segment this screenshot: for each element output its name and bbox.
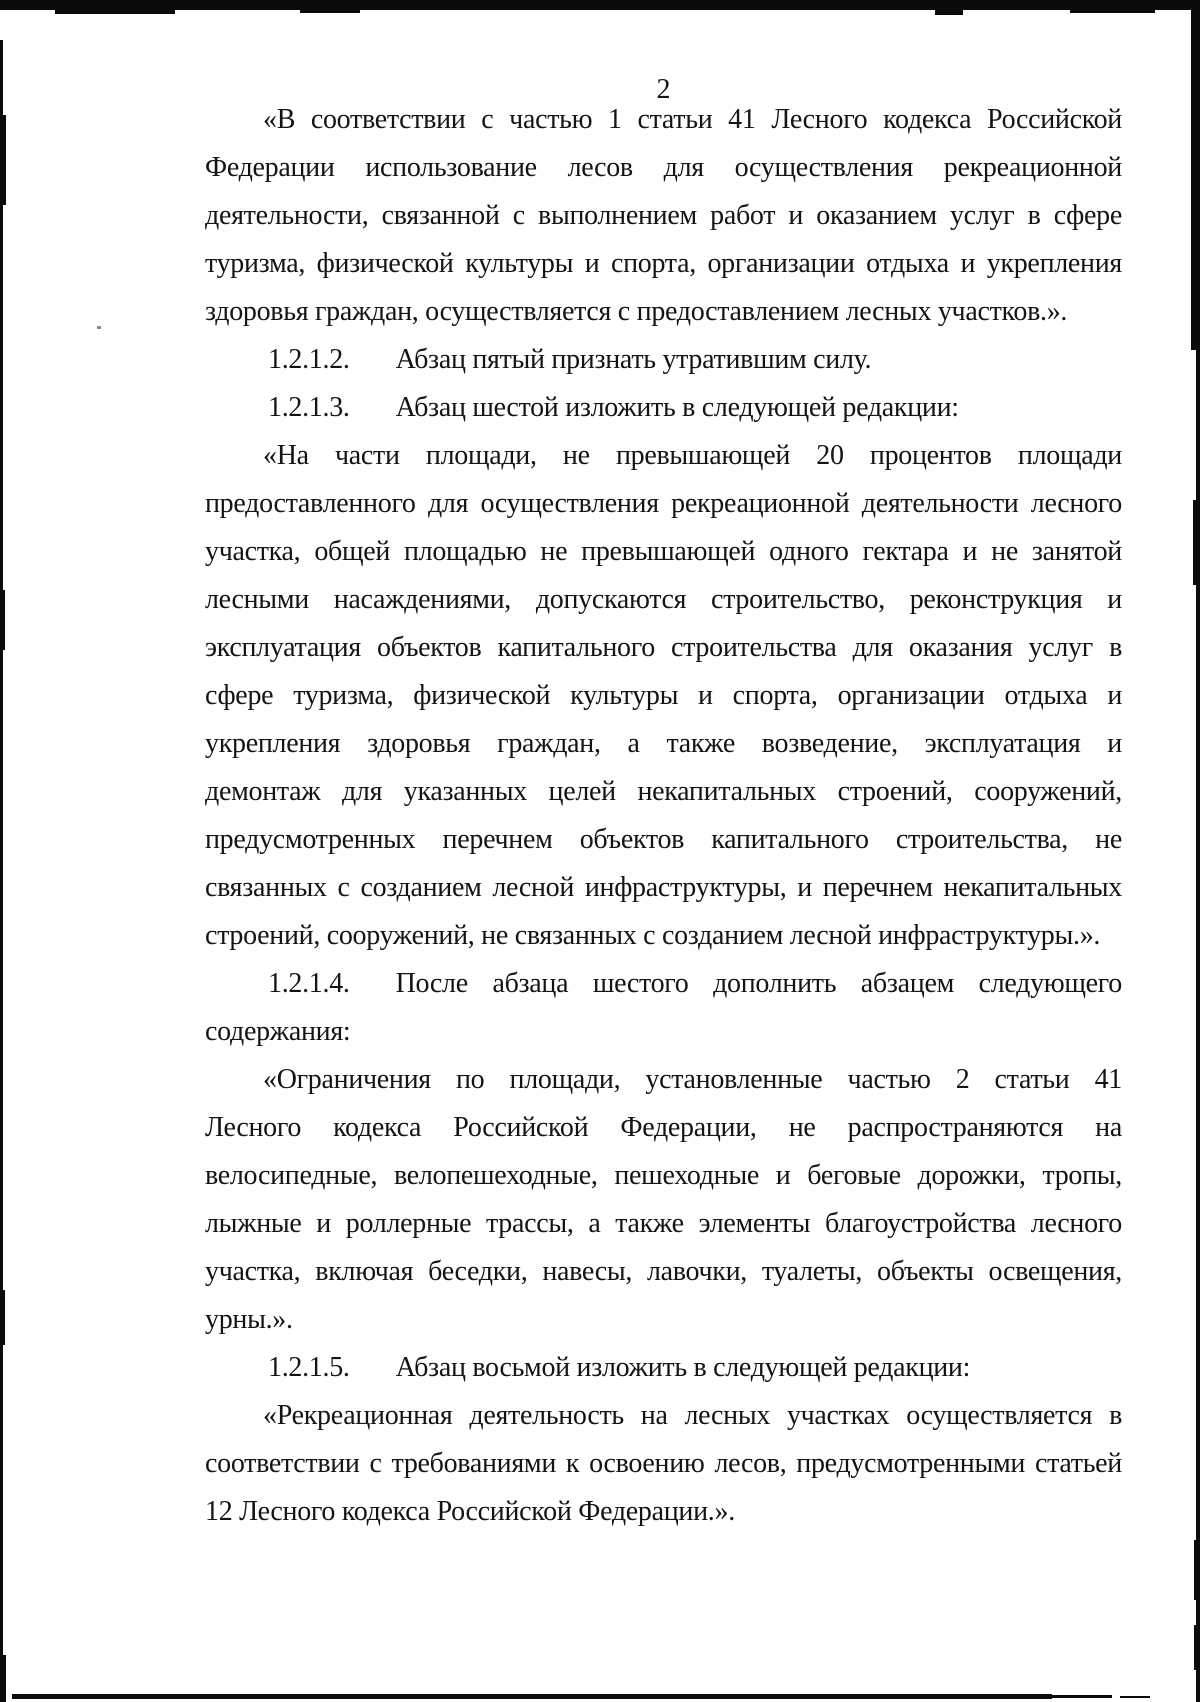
paragraph-number: 1.2.1.5. [268, 1352, 350, 1383]
text-line: сфере туризма, физической культуры и спо… [205, 672, 1122, 720]
scan-edge-top-notch [1070, 10, 1155, 13]
scan-edge-right-blob [1193, 500, 1200, 585]
text-line: Лесного кодекса Российской Федерации, не… [205, 1104, 1122, 1152]
text-line: 1.2.1.3.Абзац шестой изложить в следующе… [205, 384, 1122, 432]
paragraph: «Рекреационная деятельность на лесных уч… [205, 1392, 1122, 1536]
text-line: здоровья граждан, осуществляется с предо… [205, 288, 1122, 336]
scan-edge-left-blob [0, 1290, 5, 1345]
scan-edge-right-blob [1194, 1625, 1200, 1670]
text-line: велосипедные, велопешеходные, пешеходные… [205, 1152, 1122, 1200]
paragraph: «Ограничения по площади, установленные ч… [205, 1056, 1122, 1344]
text-line: «Рекреационная деятельность на лесных уч… [205, 1392, 1122, 1440]
text-line: деятельности, связанной с выполнением ра… [205, 192, 1122, 240]
scan-edge-left-blob [0, 1655, 6, 1702]
scan-edge-bottom-dash [1120, 1696, 1150, 1698]
text-line: 1.2.1.4.После абзаца шестого дополнить а… [205, 960, 1122, 1008]
text-line: 12 Лесного кодекса Российской Федерации.… [205, 1488, 1122, 1536]
text-line: туризма, физической культуры и спорта, о… [205, 240, 1122, 288]
scan-edge-left [0, 40, 3, 1702]
paragraph: 1.2.1.4.После абзаца шестого дополнить а… [205, 960, 1122, 1056]
scan-edge-bottom [12, 1694, 1052, 1699]
scan-edge-right-blob [1191, 10, 1200, 350]
text-line: лыжные и роллерные трассы, а также элеме… [205, 1200, 1122, 1248]
scan-edge-top-notch [935, 10, 963, 15]
text-line: лесными насаждениями, допускаются строит… [205, 576, 1122, 624]
paragraph: 1.2.1.3.Абзац шестой изложить в следующе… [205, 384, 1122, 432]
text-line: эксплуатация объектов капитального строи… [205, 624, 1122, 672]
scan-edge-bottom-dash [1052, 1695, 1112, 1698]
text-line: участка, общей площадью не превышающей о… [205, 528, 1122, 576]
text-line: связанных с созданием лесной инфраструкт… [205, 864, 1122, 912]
paragraph: 1.2.1.2.Абзац пятый признать утратившим … [205, 336, 1122, 384]
text-line: демонтаж для указанных целей некапитальн… [205, 768, 1122, 816]
text-line: Федерации использование лесов для осущес… [205, 144, 1122, 192]
text-line: урны.». [205, 1296, 1122, 1344]
paragraph-number: 1.2.1.3. [268, 392, 350, 423]
text-line: участка, включая беседки, навесы, лавочк… [205, 1248, 1122, 1296]
paragraph: 1.2.1.5.Абзац восьмой изложить в следующ… [205, 1344, 1122, 1392]
text-line: «Ограничения по площади, установленные ч… [205, 1056, 1122, 1104]
text-line: строений, сооружений, не связанных с соз… [205, 912, 1122, 960]
scan-edge-left-blob [0, 590, 5, 650]
scan-edge-top-notch [300, 10, 360, 13]
text-line: предусмотренных перечнем объектов капита… [205, 816, 1122, 864]
text-line: соответствии с требованиями к освоению л… [205, 1440, 1122, 1488]
text-line: укрепления здоровья граждан, а также воз… [205, 720, 1122, 768]
document-body: «В соответствии с частью 1 статьи 41 Лес… [205, 96, 1122, 1536]
text-line: 1.2.1.2.Абзац пятый признать утратившим … [205, 336, 1122, 384]
scan-edge-top-notch [55, 10, 175, 14]
scan-edge-top [0, 0, 1200, 10]
paragraph-number: 1.2.1.2. [268, 344, 350, 375]
scan-edge-left-blob [0, 115, 6, 205]
text-line: «На части площади, не превышающей 20 про… [205, 432, 1122, 480]
scan-speck [97, 326, 101, 329]
text-line: 1.2.1.5.Абзац восьмой изложить в следующ… [205, 1344, 1122, 1392]
text-line: содержания: [205, 1008, 1122, 1056]
paragraph: «В соответствии с частью 1 статьи 41 Лес… [205, 96, 1122, 336]
text-line: «В соответствии с частью 1 статьи 41 Лес… [205, 96, 1122, 144]
paragraph: «На части площади, не превышающей 20 про… [205, 432, 1122, 960]
scan-edge-right-blob [1194, 1540, 1200, 1600]
paragraph-number: 1.2.1.4. [268, 968, 350, 999]
text-line: предоставленного для осуществления рекре… [205, 480, 1122, 528]
document-page: 2 «В соответствии с частью 1 статьи 41 Л… [0, 0, 1200, 1702]
